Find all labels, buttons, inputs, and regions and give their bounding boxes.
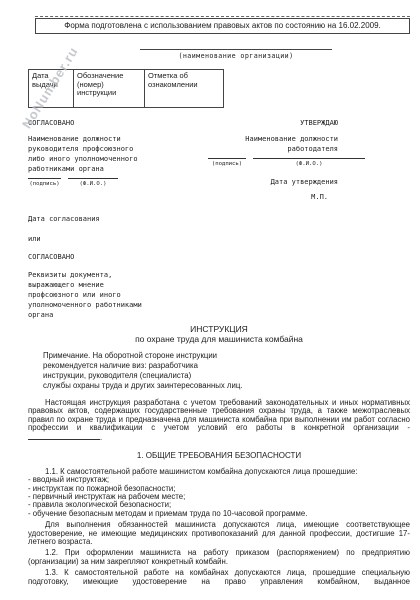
table-header-issue-date: Дата выдачи	[29, 70, 74, 108]
banner: Форма подготовлена с использованием прав…	[35, 16, 410, 34]
agreed-block: СОГЛАСОВАНО Наименование должности руков…	[28, 118, 188, 202]
stamp-placeholder: М.П.	[208, 192, 338, 202]
agreement-detail-line: выражающего мнение	[28, 280, 410, 290]
intro-text: Настоящая инструкция разработана с учето…	[28, 398, 410, 432]
document-page: NoNumber.ru Форма подготовлена с использ…	[0, 0, 420, 600]
table-header-acknowledgement: Отметка об ознакомлении	[145, 70, 224, 108]
approved-signature-row: (подпись)(Ф.И.О.)	[208, 158, 338, 168]
organization-name-label: (наименование организации)	[140, 50, 332, 60]
approved-line: работодателя	[208, 144, 338, 154]
agreement-detail-line: профсоюзного или иного	[28, 290, 410, 300]
organization-name-line: (наименование организации)	[140, 49, 332, 60]
agreed-line: работниками органа	[28, 164, 188, 174]
table-header-row: Дата выдачи Обозначение (номер) инструкц…	[29, 70, 224, 108]
signature-line: (подпись)	[208, 158, 246, 168]
section-1-heading: 1. ОБЩИЕ ТРЕБОВАНИЯ БЕЗОПАСНОСТИ	[28, 451, 410, 460]
issue-register-table: Дата выдачи Обозначение (номер) инструкц…	[28, 69, 224, 108]
table-header-instruction-number: Обозначение (номер) инструкции	[74, 70, 145, 108]
agreed-line: Наименование должности	[28, 134, 188, 144]
document-title-main: ИНСТРУКЦИЯ	[28, 324, 410, 334]
paragraph-1-2: 1.2. При оформлении машиниста на работу …	[28, 549, 410, 566]
note-line: Примечание. На оборотной стороне инструк…	[43, 351, 410, 361]
signature-line: (подпись)	[28, 178, 61, 188]
approval-blocks: СОГЛАСОВАНО Наименование должности руков…	[28, 118, 338, 202]
approval-date-label: Дата утверждения	[208, 177, 338, 187]
intro-paragraph: Настоящая инструкция разработана с учето…	[28, 399, 410, 443]
note-line: рекомендуется наличие виз: разработчика	[43, 361, 410, 371]
note-block: Примечание. На оборотной стороне инструк…	[43, 351, 410, 391]
agreement-date-label: Дата согласования	[28, 214, 410, 224]
document-title: ИНСТРУКЦИЯ по охране труда для машиниста…	[28, 324, 410, 344]
agreed-position-lines: Наименование должности руководителя проф…	[28, 134, 188, 174]
agreement-or-label: или	[28, 234, 410, 244]
approved-line: Наименование должности	[208, 134, 338, 144]
banner-text: Форма подготовлена с использованием прав…	[35, 18, 410, 34]
fullname-line: (Ф.И.О.)	[68, 178, 118, 188]
approved-title: УТВЕРЖДАЮ	[208, 118, 338, 128]
agreement-approved-label: СОГЛАСОВАНО	[28, 252, 410, 262]
agreed-line: руководителя профсоюзного	[28, 144, 188, 154]
agreed-signature-row: (подпись)(Ф.И.О.)	[28, 178, 188, 188]
paragraph-1-1-continued: Для выполнения обязанностей машиниста до…	[28, 521, 410, 546]
fullname-line: (Ф.И.О.)	[253, 158, 365, 168]
agreement-detail-line: Реквизиты документа,	[28, 270, 410, 280]
approved-position-lines: Наименование должности работодателя	[208, 134, 338, 154]
note-line: службы охраны труда и других заинтересов…	[43, 381, 410, 391]
paragraph-1-3: 1.3. К самостоятельной работе на комбайн…	[28, 569, 410, 586]
intro-tail: .	[100, 433, 102, 442]
agreed-line: либо иного уполномоченного	[28, 154, 188, 164]
list-item: - обучение безопасным методам и приемам …	[28, 510, 410, 518]
note-line: инструкции, руководителя (специалиста)	[43, 371, 410, 381]
agreement-document-details: Реквизиты документа, выражающего мнение …	[28, 270, 410, 320]
document-title-subtitle: по охране труда для машиниста комбайна	[28, 334, 410, 344]
approved-block: УТВЕРЖДАЮ Наименование должности работод…	[208, 118, 338, 202]
agreement-detail-line: органа	[28, 310, 410, 320]
agreed-title: СОГЛАСОВАНО	[28, 118, 188, 128]
agreement-detail-line: уполномоченного работниками	[28, 300, 410, 310]
fill-in-blank	[28, 432, 100, 440]
